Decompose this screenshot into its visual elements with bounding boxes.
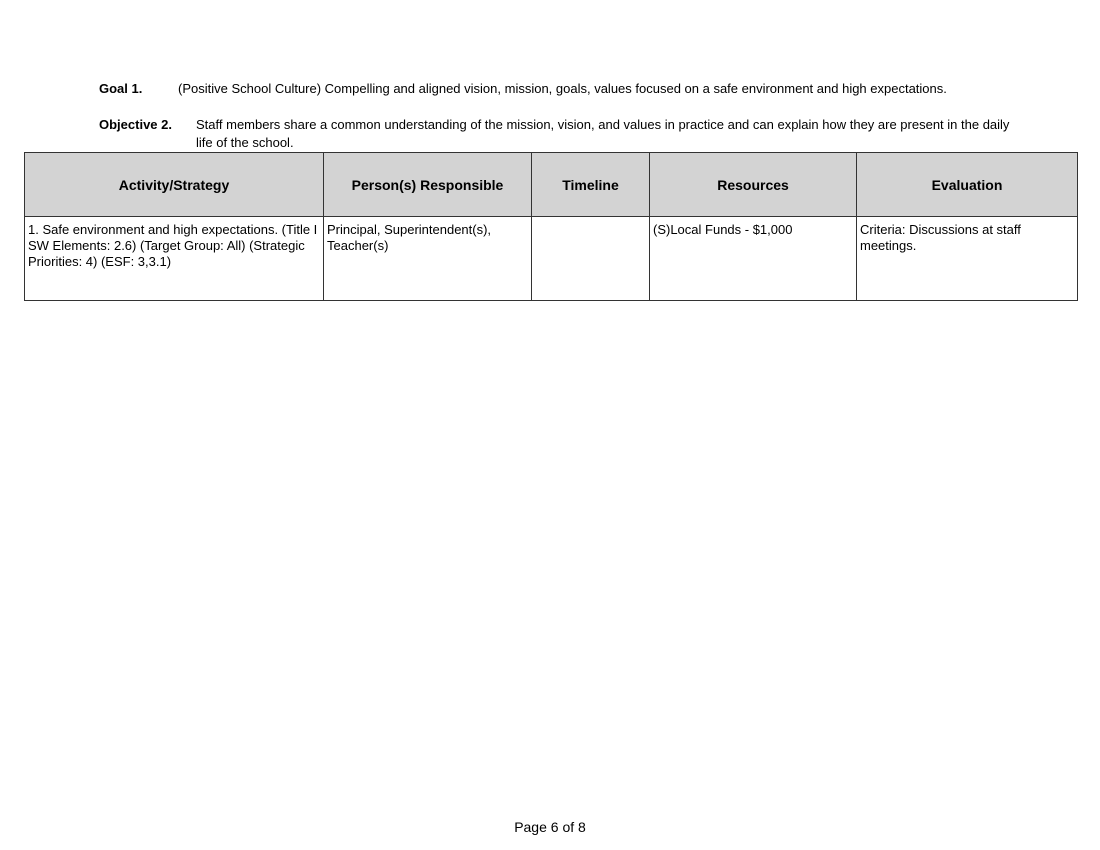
cell-resources: (S)Local Funds - $1,000: [650, 217, 857, 301]
table-header-row: Activity/Strategy Person(s) Responsible …: [25, 153, 1078, 217]
header-resources: Resources: [650, 153, 857, 217]
cell-activity: 1. Safe environment and high expectation…: [25, 217, 324, 301]
activity-table: Activity/Strategy Person(s) Responsible …: [24, 152, 1078, 301]
table-row: 1. Safe environment and high expectation…: [25, 217, 1078, 301]
goal-text: (Positive School Culture) Compelling and…: [178, 80, 947, 98]
objective-label: Objective 2.: [99, 116, 172, 134]
page-number: Page 6 of 8: [0, 819, 1100, 835]
cell-persons: Principal, Superintendent(s), Teacher(s): [324, 217, 532, 301]
goal-label: Goal 1.: [99, 80, 142, 98]
objective-text: Staff members share a common understandi…: [196, 116, 1016, 152]
cell-timeline: [532, 217, 650, 301]
cell-evaluation: Criteria: Discussions at staff meetings.: [857, 217, 1078, 301]
header-evaluation: Evaluation: [857, 153, 1078, 217]
header-activity-strategy: Activity/Strategy: [25, 153, 324, 217]
header-persons-responsible: Person(s) Responsible: [324, 153, 532, 217]
header-timeline: Timeline: [532, 153, 650, 217]
